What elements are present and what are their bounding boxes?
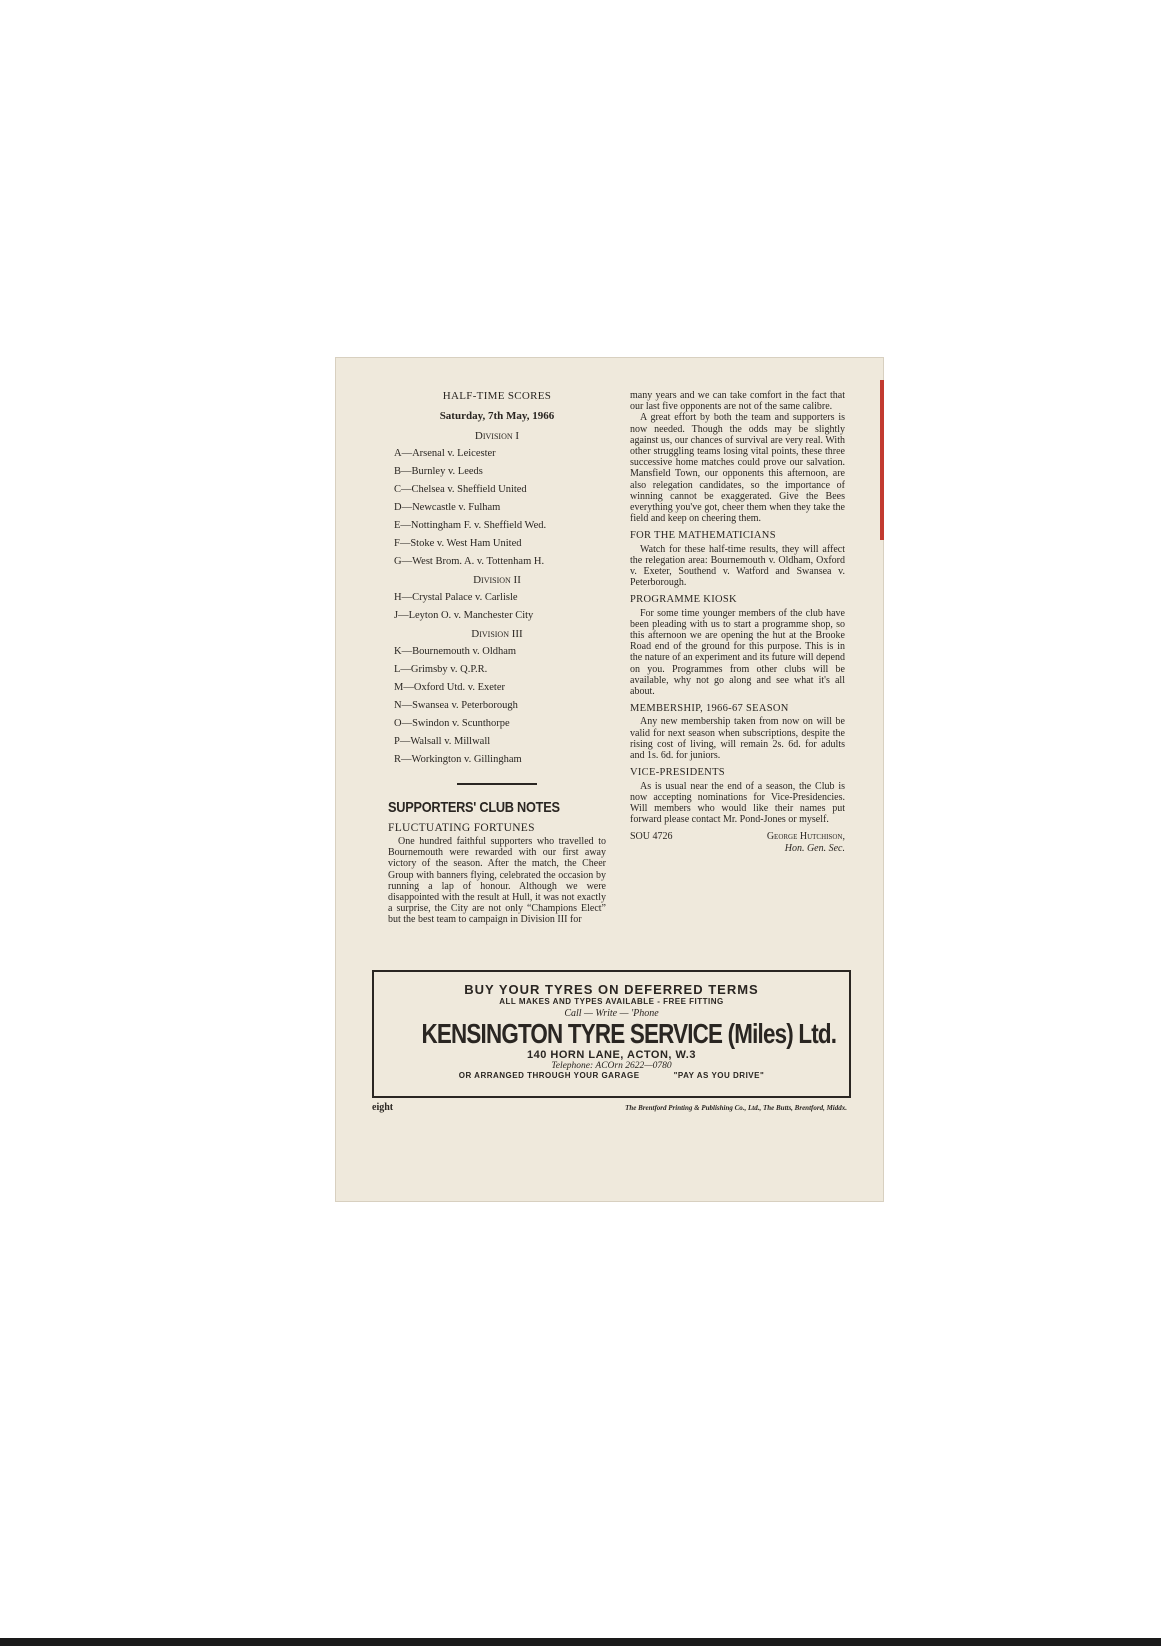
fixture-item: O—Swindon v. Scunthorpe (394, 718, 606, 729)
ad-subline: ALL MAKES AND TYPES AVAILABLE - FREE FIT… (374, 997, 849, 1006)
fixture-item: D—Newcastle v. Fulham (394, 502, 606, 513)
continuation-text: many years and we can take comfort in th… (630, 390, 845, 412)
ad-bottom: OR ARRANGED THROUGH YOUR GARAGE "PAY AS … (374, 1071, 849, 1080)
phone-ref: SOU 4726 (630, 831, 673, 853)
club-notes-title: SUPPORTERS' CLUB NOTES (388, 799, 573, 816)
ad-address: 140 HORN LANE, ACTON, W.3 (374, 1049, 849, 1061)
division-heading: Division I (388, 430, 606, 442)
fixture-item: A—Arsenal v. Leicester (394, 448, 606, 459)
fixture-item: J—Leyton O. v. Manchester City (394, 610, 606, 621)
section-heading: VICE-PRESIDENTS (630, 767, 845, 778)
printer-credit: The Brentford Printing & Publishing Co.,… (625, 1104, 847, 1112)
fixture-item: M—Oxford Utd. v. Exeter (394, 682, 606, 693)
fixture-item: B—Burnley v. Leeds (394, 466, 606, 477)
signature-name: George Hutchison, (767, 831, 845, 842)
division-list: Division IA—Arsenal v. LeicesterB—Burnle… (388, 430, 606, 765)
tyre-advert: BUY YOUR TYRES ON DEFERRED TERMS ALL MAK… (372, 970, 851, 1098)
division-heading: Division II (388, 574, 606, 586)
section-text: Watch for these half-time results, they … (630, 544, 845, 589)
signature-title: Hon. Gen. Sec. (767, 843, 845, 854)
fixture-item: H—Crystal Palace v. Carlisle (394, 592, 606, 603)
fixture-item: F—Stoke v. West Ham United (394, 538, 606, 549)
section-heading: FLUCTUATING FORTUNES (388, 822, 606, 834)
divider (457, 783, 537, 785)
fixture-item: C—Chelsea v. Sheffield United (394, 484, 606, 495)
programme-page: HALF-TIME SCORES Saturday, 7th May, 1966… (336, 358, 883, 1201)
division-heading: Division III (388, 628, 606, 640)
section-text: For some time younger members of the clu… (630, 608, 845, 698)
fixture-item: P—Walsall v. Millwall (394, 736, 606, 747)
signature-block: SOU 4726 George Hutchison, Hon. Gen. Sec… (630, 831, 845, 853)
right-sections: FOR THE MATHEMATICIANSWatch for these ha… (630, 530, 845, 825)
section-heading: FOR THE MATHEMATICIANS (630, 530, 845, 541)
fixture-item: G—West Brom. A. v. Tottenham H. (394, 556, 606, 567)
section-text: Any new membership taken from now on wil… (630, 716, 845, 761)
scan-border (0, 1638, 1161, 1646)
fixture-item: L—Grimsby v. Q.P.R. (394, 664, 606, 675)
fixture-item: N—Swansea v. Peterborough (394, 700, 606, 711)
fixture-item: R—Workington v. Gillingham (394, 754, 606, 765)
ad-headline: BUY YOUR TYRES ON DEFERRED TERMS (374, 982, 849, 997)
left-column: HALF-TIME SCORES Saturday, 7th May, 1966… (388, 390, 606, 926)
fixture-item: E—Nottingham F. v. Sheffield Wed. (394, 520, 606, 531)
fixture-item: K—Bournemouth v. Oldham (394, 646, 606, 657)
halftime-title: HALF-TIME SCORES (388, 390, 606, 402)
ad-telephone: Telephone: ACOrn 2622—0780 (374, 1061, 849, 1071)
section-text: As is usual near the end of a season, th… (630, 781, 845, 826)
page-number: eight (372, 1102, 393, 1113)
effort-text: A great effort by both the team and supp… (630, 412, 845, 524)
right-column: many years and we can take comfort in th… (630, 390, 845, 854)
cover-edge (880, 380, 884, 540)
page-footer: eight The Brentford Printing & Publishin… (372, 1102, 847, 1113)
section-heading: PROGRAMME KIOSK (630, 594, 845, 605)
ad-company: KENSINGTON TYRE SERVICE (Miles) Ltd. (422, 1019, 802, 1049)
halftime-date: Saturday, 7th May, 1966 (388, 410, 606, 422)
ad-bottom-right: "PAY AS YOU DRIVE" (674, 1071, 765, 1080)
ad-bottom-left: OR ARRANGED THROUGH YOUR GARAGE (459, 1071, 640, 1080)
section-heading: MEMBERSHIP, 1966-67 SEASON (630, 703, 845, 714)
section-text: One hundred faithful supporters who trav… (388, 836, 606, 926)
